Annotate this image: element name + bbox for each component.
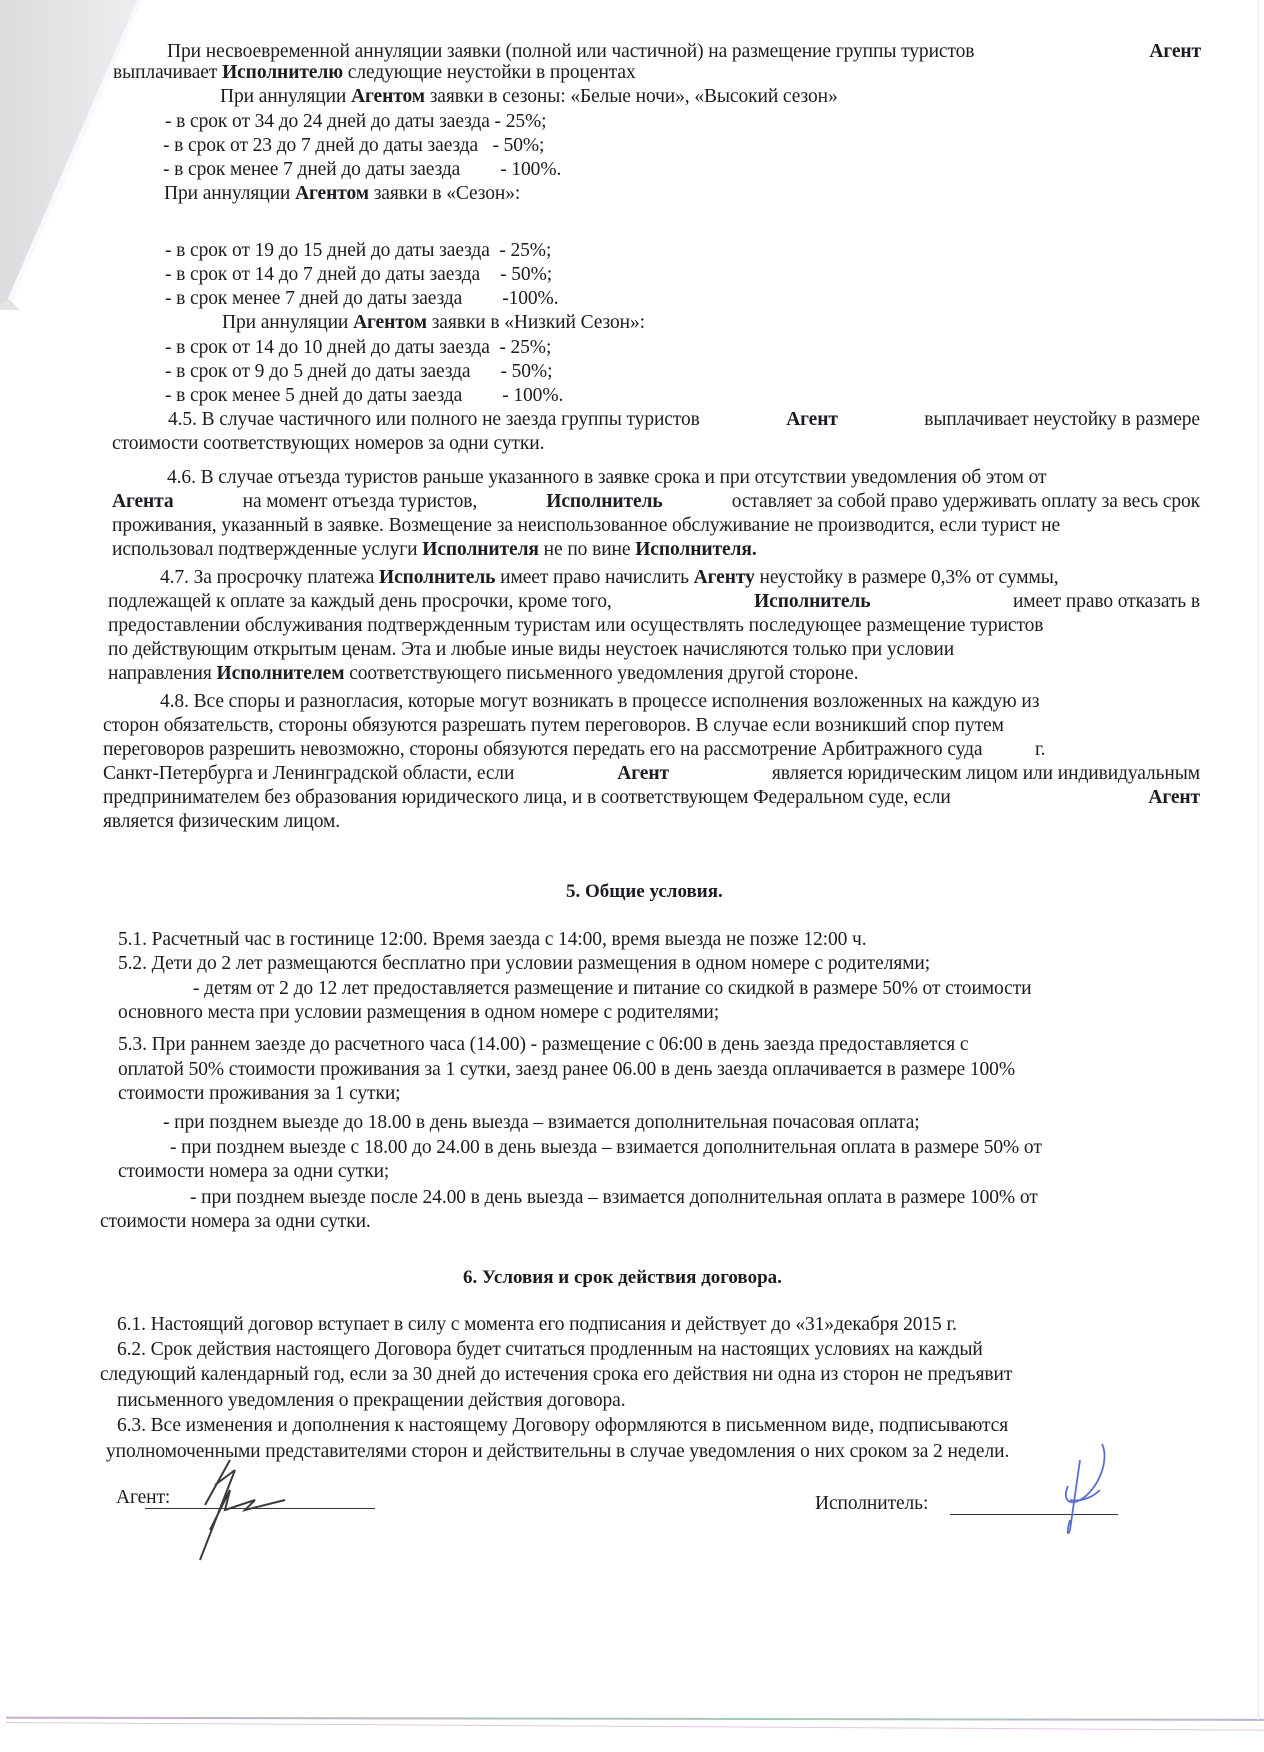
clause-4-6: 4.6. В случае отъезда туристов раньше ук… xyxy=(167,466,1200,490)
season-header: При аннуляции Агентом заявки в «Сезон»: xyxy=(164,182,520,206)
clause-4-5: 4.5. В случае частичного или полного не … xyxy=(168,408,1200,432)
clause-5-1: 5.1. Расчетный час в гостинице 12:00. Вр… xyxy=(118,928,867,952)
clause-4-7-cont: подлежащей к оплате за каждый день проср… xyxy=(108,590,1200,614)
clause-4-6-cont: проживания, указанный в заявке. Возмещен… xyxy=(112,514,1200,538)
clause-5-2-cont: основного места при условии размещения в… xyxy=(118,1001,719,1025)
clause-4-7-cont: по действующим открытым ценам. Эта и люб… xyxy=(108,638,1200,662)
clause-4-8-cont: сторон обязательств, стороны обязуются р… xyxy=(103,714,1200,738)
penalty-item: - в срок от 23 до 7 дней до даты заезда … xyxy=(163,134,544,158)
penalty-item: - в срок от 14 до 10 дней до даты заезда… xyxy=(165,336,551,360)
penalty-item: - в срок от 19 до 15 дней до даты заезда… xyxy=(165,239,551,263)
penalty-item: - в срок менее 7 дней до даты заезда- 10… xyxy=(163,158,561,182)
clause-6-2: 6.2. Срок действия настоящего Договора б… xyxy=(117,1338,1200,1362)
penalty-item: - в срок менее 7 дней до даты заезда-100… xyxy=(165,287,558,311)
penalty-item: - в срок от 9 до 5 дней до даты заезда- … xyxy=(165,360,552,384)
clause-4-8-cont: переговоров разрешить невозможно, сторон… xyxy=(103,738,1200,762)
clause-4-7: 4.7. За просрочку платежа Исполнитель им… xyxy=(160,566,1059,590)
clause-4-8-cont: предпринимателем без образования юридиче… xyxy=(103,786,1200,810)
section-5-title: 5. Общие условия. xyxy=(566,880,723,904)
clause-4-8: 4.8. Все споры и разногласия, которые мо… xyxy=(160,690,1200,714)
clause-4-7-cont: предоставлении обслуживания подтвержденн… xyxy=(108,614,1200,638)
clause-6-2-cont: следующий календарный год, если за 30 дн… xyxy=(100,1363,1012,1387)
clause-4-6-cont: Агентана момент отъезда туристов,Исполни… xyxy=(112,490,1200,514)
intro-line-2: выплачивает Исполнителю следующие неусто… xyxy=(113,61,636,85)
clause-5-3-cont: - при позднем выезде после 24.00 в день … xyxy=(190,1186,1200,1210)
penalty-item: - в срок от 14 до 7 дней до даты заезда-… xyxy=(165,263,552,287)
executor-signature-mark xyxy=(1040,1440,1120,1540)
page-bottom-edge xyxy=(6,1717,1264,1722)
document-page: При несвоевременной аннуляции заявки (по… xyxy=(0,0,1264,1752)
clause-5-3-cont: стоимости номера за одни сутки. xyxy=(100,1210,371,1234)
clause-5-3: 5.3. При раннем заезде до расчетного час… xyxy=(118,1033,1200,1057)
clause-5-2-cont: - детям от 2 до 12 лет предоставляется р… xyxy=(193,977,1200,1001)
clause-6-3: 6.3. Все изменения и дополнения к настоя… xyxy=(117,1414,1200,1438)
page-right-edge xyxy=(1258,0,1259,1720)
clause-5-3-cont: - при позднем выезде с 18.00 до 24.00 в … xyxy=(170,1136,1200,1160)
clause-5-3-cont: - при позднем выезде до 18.00 в день вые… xyxy=(163,1111,920,1135)
section-6-title: 6. Условия и срок действия договора. xyxy=(463,1266,782,1290)
clause-4-6-cont: использовал подтвержденные услуги Исполн… xyxy=(112,538,757,562)
penalty-item: - в срок менее 5 дней до даты заезда- 10… xyxy=(165,384,563,408)
clause-5-2: 5.2. Дети до 2 лет размещаются бесплатно… xyxy=(118,952,930,976)
clause-4-8-cont: является физическим лицом. xyxy=(103,810,340,834)
clause-4-8-cont: Санкт-Петербурга и Ленинградской области… xyxy=(103,762,1200,786)
season-header: При аннуляции Агентом заявки в сезоны: «… xyxy=(220,85,838,109)
agent-signature-label: Агент: xyxy=(116,1486,170,1510)
season-header: При аннуляции Агентом заявки в «Низкий С… xyxy=(222,311,645,335)
executor-signature-label: Исполнитель: xyxy=(815,1492,928,1516)
penalty-item: - в срок от 34 до 24 дней до даты заезда… xyxy=(165,110,546,134)
page-bottom-edge-shadow xyxy=(6,1722,1264,1732)
clause-4-7-cont: направления Исполнителем соответствующег… xyxy=(108,662,858,686)
agent-signature-mark xyxy=(175,1455,315,1565)
folded-corner-shadow xyxy=(0,0,160,310)
clause-4-5-cont: стоимости соответствующих номеров за одн… xyxy=(112,432,544,456)
clause-5-3-cont: стоимости проживания за 1 сутки; xyxy=(118,1082,401,1106)
clause-6-2-cont: письменного уведомления о прекращении де… xyxy=(117,1389,625,1413)
clause-6-1: 6.1. Настоящий договор вступает в силу с… xyxy=(117,1313,957,1337)
clause-5-3-cont: оплатой 50% стоимости проживания за 1 су… xyxy=(118,1058,1200,1082)
clause-5-3-cont: стоимости номера за одни сутки; xyxy=(118,1160,389,1184)
